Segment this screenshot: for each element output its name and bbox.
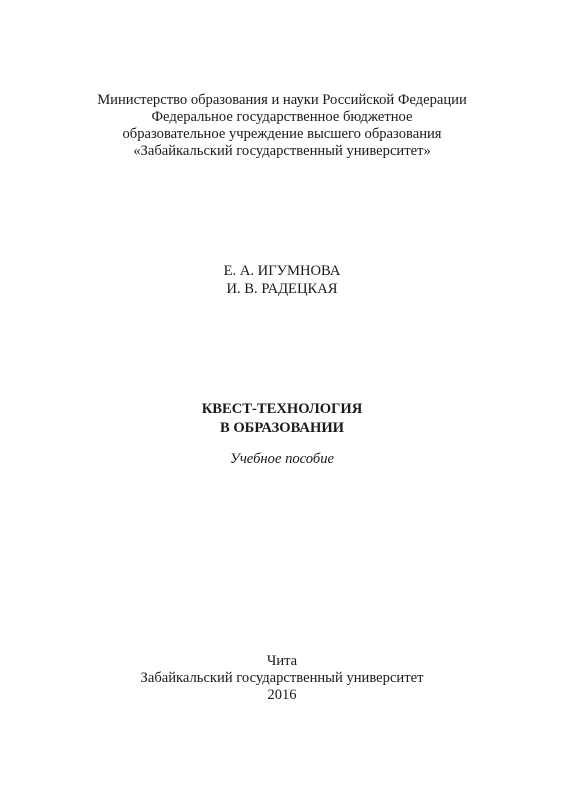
imprint-year: 2016 — [0, 687, 564, 704]
authors: Е. А. ИГУМНОВА И. В. РАДЕЦКАЯ — [0, 262, 564, 298]
book-title-line-1: КВЕСТ-ТЕХНОЛОГИЯ — [0, 400, 564, 419]
book-title-line-2: В ОБРАЗОВАНИИ — [0, 419, 564, 438]
imprint: Чита Забайкальский государственный униве… — [0, 653, 564, 704]
imprint-city: Чита — [0, 653, 564, 670]
title-page: Министерство образования и науки Российс… — [0, 0, 564, 800]
subtitle-text: Учебное пособие — [0, 451, 564, 468]
book-title: КВЕСТ-ТЕХНОЛОГИЯ В ОБРАЗОВАНИИ — [0, 400, 564, 438]
organization-line-ministry: Министерство образования и науки Российс… — [0, 92, 564, 109]
organization-header: Министерство образования и науки Российс… — [0, 92, 564, 160]
author-2: И. В. РАДЕЦКАЯ — [0, 280, 564, 298]
author-1: Е. А. ИГУМНОВА — [0, 262, 564, 280]
organization-line-university: «Забайкальский государственный университ… — [0, 143, 564, 160]
organization-line-institution: образовательное учреждение высшего образ… — [0, 126, 564, 143]
book-subtitle: Учебное пособие — [0, 451, 564, 468]
organization-line-federal: Федеральное государственное бюджетное — [0, 109, 564, 126]
imprint-publisher: Забайкальский государственный университе… — [0, 670, 564, 687]
